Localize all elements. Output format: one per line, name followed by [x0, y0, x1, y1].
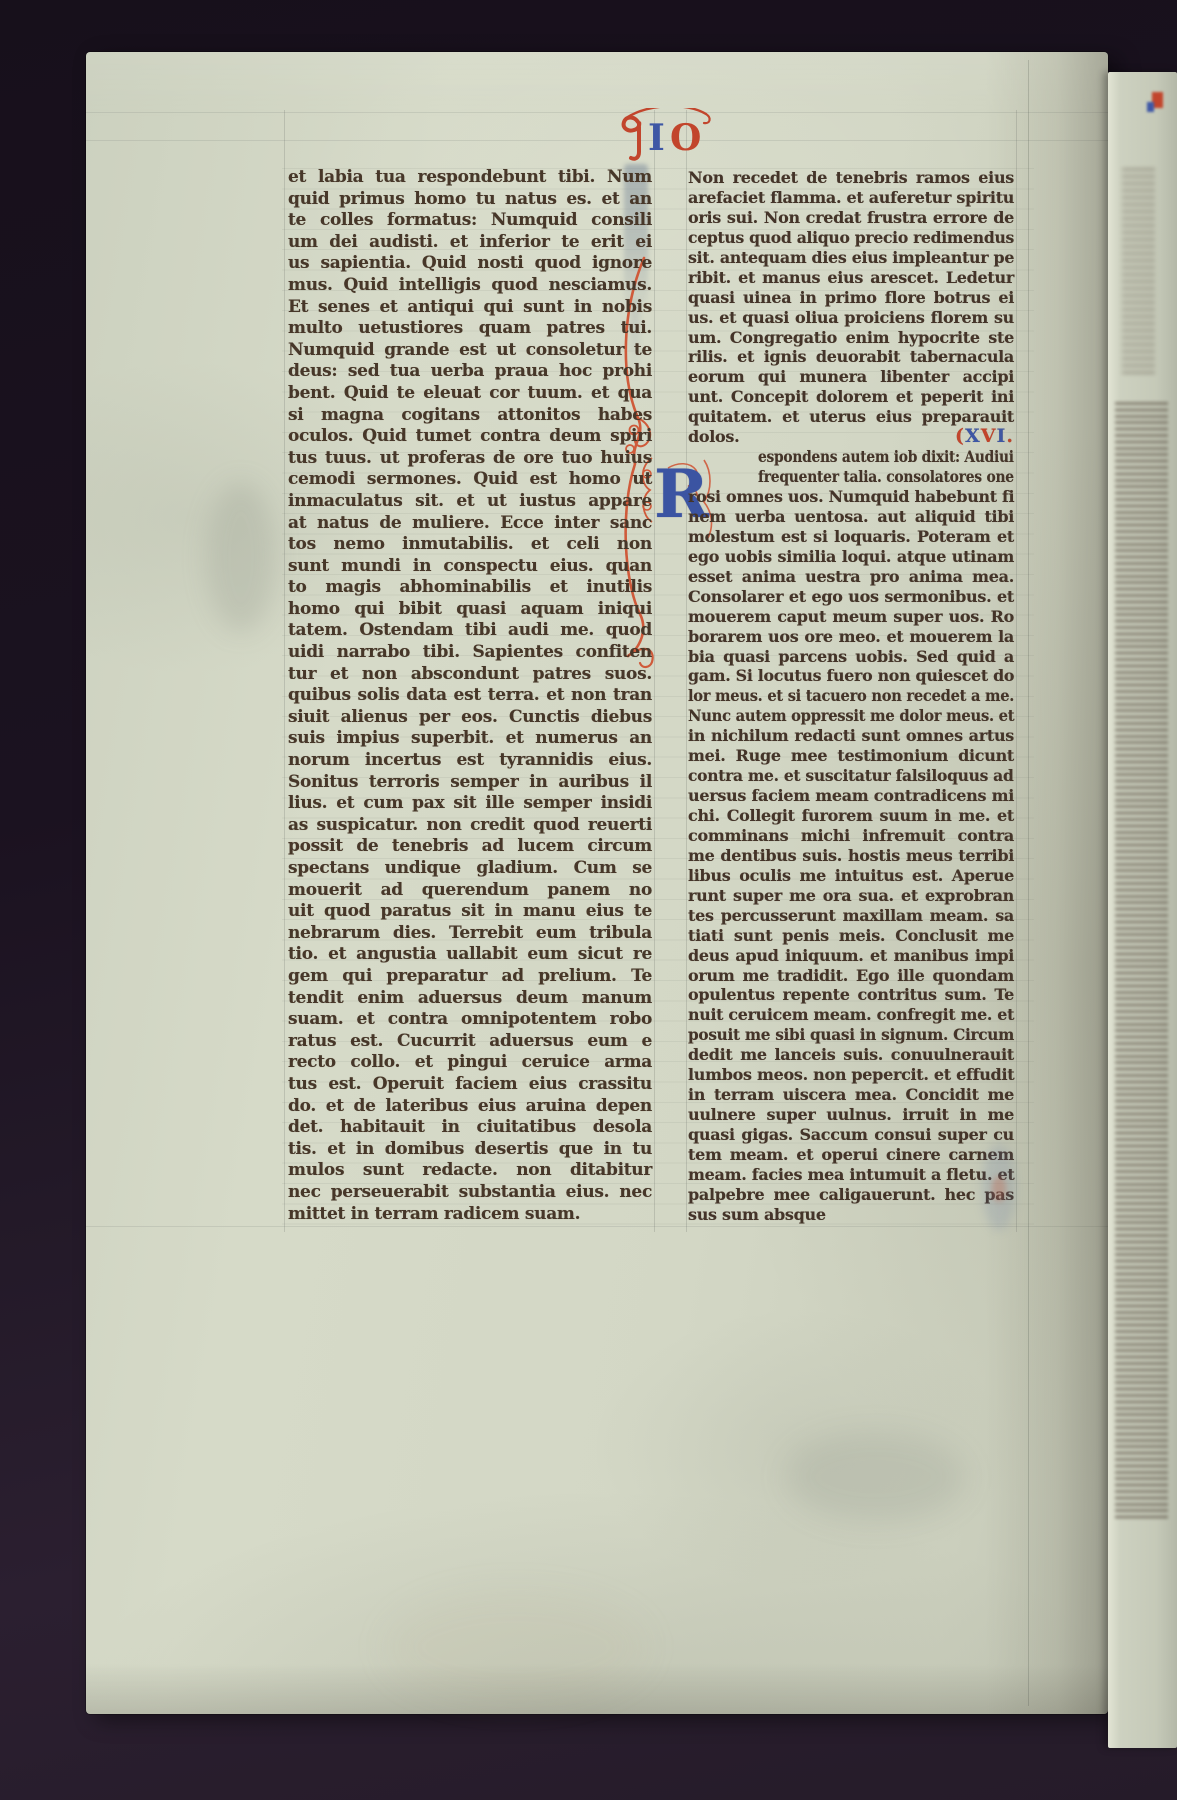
text-line: do. et de lateribus eius aruina depen	[288, 1097, 652, 1116]
column-rule	[1016, 110, 1017, 1232]
text-line: lius. et cum pax sit ille semper insidi	[288, 794, 652, 813]
text-line: quitatem. et uterus eius preparauit	[688, 407, 1014, 426]
text-line: homo qui bibit quasi aquam iniqui	[288, 600, 652, 619]
text-line: lumbos meos. non pepercit. et effudit	[688, 1065, 1014, 1084]
running-title-letter: I	[648, 120, 665, 156]
text-line: at natus de muliere. Ecce inter sanc	[288, 514, 652, 533]
text-line: libus oculis me intuitus est. Aperue	[688, 866, 1014, 885]
text-line: as suspicatur. non credit quod reuerti	[288, 816, 652, 835]
text-line: si magna cogitans attonitos habes	[288, 406, 652, 425]
text-line: in nichilum redacti sunt omnes artus	[688, 726, 1014, 745]
text-line: to magis abhominabilis et inutilis	[288, 578, 652, 597]
text-line: gem qui preparatur ad prelium. Te	[288, 967, 652, 986]
text-line: mulos sunt redacte. non ditabitur	[288, 1161, 652, 1180]
text-line: tem meam. et operui cinere carnem	[688, 1145, 1014, 1164]
text-line: Non recedet de tenebris ramos eius	[688, 168, 1014, 187]
text-line: deus apud iniquum. et manibus impi	[688, 946, 1014, 965]
column-rule	[686, 110, 687, 1232]
text-line: runt super me ora sua. et exprobran	[688, 886, 1014, 905]
text-line: uersus faciem meam contradicens mi	[688, 786, 1014, 805]
text-line: quibus solis data est terra. et non tran	[288, 686, 652, 705]
text-line: unt. Concepit dolorem et peperit ini	[688, 387, 1014, 406]
left-text-column: et labia tua respondebunt tibi. Numquid …	[288, 168, 652, 1224]
text-line: uulnere super uulnus. irruit in me	[688, 1105, 1014, 1124]
text-line: nebrarum dies. Terrebit eum tribula	[288, 924, 652, 943]
text-line: meam. facies mea intumuit a fletu. et	[688, 1165, 1014, 1184]
text-line: eorum qui munera libenter accipi	[688, 367, 1014, 386]
text-line: ribit. et manus eius arescet. Ledetur	[688, 268, 1014, 287]
chapter-marker-letter: .	[1006, 425, 1014, 447]
text-line: suis impius superbit. et numerus an	[288, 729, 652, 748]
stain	[206, 482, 276, 632]
text-line: cemodi sermones. Quid est homo ut	[288, 470, 652, 489]
text-line: ratus est. Cucurrit aduersus eum e	[288, 1032, 652, 1051]
next-leaf-text	[1122, 168, 1155, 378]
chapter-marker-letter: X	[965, 425, 981, 447]
text-line: Numquid grande est ut consoletur te	[288, 341, 652, 360]
header-rule	[86, 140, 1108, 141]
text-line: det. habitauit in ciuitatibus desola	[288, 1118, 652, 1137]
text-line: palpebre mee caligauerunt. hec pas	[688, 1185, 1014, 1204]
text-line: quid primus homo tu natus es. et an	[288, 190, 652, 209]
text-line: tio. et angustia uallabit eum sicut re	[288, 945, 652, 964]
text-line: bia quasi parcens uobis. Sed quid a	[688, 647, 1014, 666]
running-title: I O	[608, 108, 718, 170]
text-line: multo uetustiores quam patres tui.	[288, 319, 652, 338]
text-line: quasi uinea in primo flore botrus ei	[688, 288, 1014, 307]
chapter-marker-letter: V	[981, 425, 997, 447]
text-line: spectans undique gladium. Cum se	[288, 859, 652, 878]
text-line: tes percusserunt maxillam meam. sa	[688, 906, 1014, 925]
text-line: arefaciet flamma. et auferetur spiritu	[688, 188, 1014, 207]
text-line: lor meus. et si tacuero non recedet a me…	[688, 686, 987, 705]
text-line: frequenter talia. consolatores one	[697, 467, 980, 486]
text-line: norum incertus est tyrannidis eius.	[288, 751, 652, 770]
text-line: ego uobis similia loqui. atque utinam	[688, 547, 1014, 566]
text-line: uit quod paratus sit in manu eius te	[288, 902, 652, 921]
text-line: tos nemo inmutabilis. et celi non	[288, 535, 652, 554]
text-line: nuit ceruicem meam. confregit me. et	[688, 1005, 1011, 1024]
header-rule	[86, 112, 1108, 113]
text-line: posuit me sibi quasi in signum. Circum	[688, 1025, 1000, 1044]
text-line: tus est. Operuit faciem eius crassitu	[288, 1075, 652, 1094]
text-line: mei. Ruge mee testimonium dicunt	[688, 746, 1014, 765]
text-line: mus. Quid intelligis quod nesciamus.	[288, 276, 652, 295]
text-line: mouerit ad querendum panem no	[288, 881, 652, 900]
text-line: tatem. Ostendam tibi audi me. quod	[288, 621, 652, 640]
text-line: quasi gigas. Saccum consui super cu	[688, 1125, 1014, 1144]
text-line: sunt mundi in conspectu eius. quan	[288, 557, 652, 576]
stain	[786, 1432, 966, 1522]
photograph-background: I O R et labia tua respondebunt tibi	[0, 0, 1177, 1800]
margin-rule	[1028, 60, 1029, 1706]
text-line: molestum est si loquaris. Poteram et	[688, 527, 1014, 546]
stain	[386, 1592, 646, 1702]
text-line: tendit enim aduersus deum manum	[288, 989, 652, 1008]
text-line: Et senes et antiqui qui sunt in nobis	[288, 298, 652, 317]
text-line: deus: sed tua uerba praua hoc prohi	[288, 362, 652, 381]
text-line: opulentus repente contritus sum. Te	[688, 985, 1014, 1004]
text-line: mittet in terram radicem suam.	[288, 1205, 652, 1224]
text-line: oculos. Quid tumet contra deum spiri	[288, 427, 652, 446]
manuscript-page: I O R et labia tua respondebunt tibi	[86, 52, 1108, 1714]
chapter-marker-letter: (	[955, 425, 965, 447]
text-line: Consolarer et ego uos sermonibus. et	[688, 587, 1014, 606]
text-line: tur et non abscondunt patres suos.	[288, 665, 652, 684]
text-line: me dentibus suis. hostis meus terribi	[688, 846, 1014, 865]
text-line: um dei audisti. et inferior te erit ei	[288, 233, 652, 252]
right-text-column: Non recedet de tenebris ramos eiusarefac…	[688, 168, 1014, 1224]
text-line: rilis. et ignis deuorabit tabernacula	[688, 347, 1014, 366]
text-line: mouerem caput meum super uos. Ro	[688, 607, 1014, 626]
next-leaf-edge	[1108, 72, 1177, 1748]
text-line: inmaculatus sit. et ut iustus appare	[288, 492, 652, 511]
text-line: nem uerba uentosa. aut aliquid tibi	[688, 507, 1014, 526]
text-line: siuit alienus per eos. Cunctis diebus	[288, 708, 652, 727]
text-line: recto collo. et pingui ceruice arma	[288, 1053, 652, 1072]
text-line: bent. Quid te eleuat cor tuum. et qua	[288, 384, 652, 403]
text-line: Nunc autem oppressit me dolor meus. et	[688, 706, 988, 725]
text-line: tiati sunt penis meis. Conclusit me	[688, 926, 1014, 945]
text-line: oris sui. Non credat frustra errore de	[688, 208, 1014, 227]
text-line: sit. antequam dies eius impleantur pe	[688, 248, 1011, 267]
text-line: orum me tradidit. Ego ille quondam	[688, 966, 1014, 985]
text-line: sus sum absque	[688, 1205, 1014, 1224]
text-line: borarem uos ore meo. et mouerem la	[688, 627, 1014, 646]
text-line: us sapientia. Quid nosti quod ignore	[288, 254, 652, 273]
text-line: tis. et in domibus desertis que in tu	[288, 1140, 652, 1159]
text-line: tus tuus. ut proferas de ore tuo huius	[288, 449, 652, 468]
text-line: nec perseuerabit substantia eius. nec	[288, 1183, 652, 1202]
text-line: espondens autem iob dixit: Audiui	[698, 447, 979, 466]
text-line: gam. Si locutus fuero non quiescet do	[688, 666, 1011, 685]
text-line: Sonitus terroris semper in auribus il	[288, 773, 652, 792]
chapter-marker-letter: I	[996, 425, 1006, 447]
text-line: esset anima uestra pro anima mea.	[688, 567, 1014, 586]
text-line: possit de tenebris ad lucem circum	[288, 837, 652, 856]
next-leaf-title-mark-icon	[1147, 102, 1154, 112]
text-line: chi. Collegit furorem suum in me. et	[688, 806, 1014, 825]
text-line: um. Congregatio enim hypocrite ste	[688, 328, 1014, 347]
chapter-marker: (XVI.	[955, 427, 1014, 446]
text-line: dolos.(XVI.	[688, 427, 1014, 446]
text-line: te colles formatus: Numquid consili	[288, 211, 652, 230]
text-line: comminans michi infremuit contra	[688, 826, 1014, 845]
column-rule	[284, 110, 285, 1232]
text-line: uidi narrabo tibi. Sapientes confiten	[288, 643, 652, 662]
text-line: et labia tua respondebunt tibi. Num	[288, 168, 652, 187]
next-leaf-text	[1115, 402, 1168, 1522]
text-line: suam. et contra omnipotentem robo	[288, 1010, 652, 1029]
text-line: rosi omnes uos. Numquid habebunt fi	[688, 487, 1012, 506]
text-line: us. et quasi oliua proiciens florem su	[688, 308, 1014, 327]
text-line: ceptus quod aliquo precio redimendus	[688, 228, 1006, 247]
running-title-letter: O	[670, 120, 701, 156]
footer-rule	[86, 1226, 1108, 1227]
text-line: dedit me lanceis suis. conuulnerauit	[688, 1045, 1014, 1064]
text-line: contra me. et suscitatur falsiloquus ad	[688, 766, 1004, 785]
text-line: in terram uiscera mea. Concidit me	[688, 1085, 1014, 1104]
